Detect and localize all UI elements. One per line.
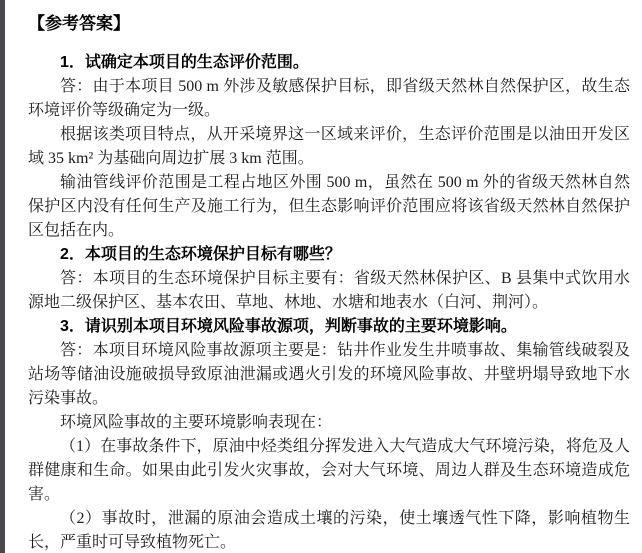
answer-1-paragraph-2: 根据该类项目特点，从开采境界这一区域来评价，生态评价范围是以油田开发区域 35 … [28, 123, 630, 171]
answer-3-paragraph-4: （2）事故时，泄漏的原油会造成土壤的污染，使土壤透气性下降，影响植物生长，严重时… [28, 507, 630, 553]
answer-1-paragraph-1: 答：由于本项目 500 m 外涉及敏感保护目标，即省级天然林自然保护区，故生态环… [28, 75, 630, 123]
question-1: 1．试确定本项目的生态评价范围。 [28, 51, 630, 75]
page-title: 【参考答案】 [28, 12, 630, 36]
answer-3-paragraph-3: （1）在事故条件下，原油中烃类组分挥发进入大气造成大气环境污染，将危及人群健康和… [28, 435, 630, 507]
answer-3-paragraph-1: 答：本项目环境风险事故源项主要是：钻井作业发生井喷事故、集输管线破裂及站场等储油… [28, 339, 630, 411]
question-3: 3．请识别本项目环境风险事故源项，判断事故的主要环境影响。 [28, 315, 630, 339]
question-2: 2．本项目的生态环境保护目标有哪些？ [28, 243, 630, 267]
answer-1-paragraph-3: 输油管线评价范围是工程占地区外围 500 m，虽然在 500 m 外的省级天然林… [28, 171, 630, 243]
answer-2-paragraph-1: 答：本项目的生态环境保护目标主要有：省级天然林保护区、B 县集中式饮用水源地二级… [28, 267, 630, 315]
document-content: 【参考答案】 1．试确定本项目的生态评价范围。 答：由于本项目 500 m 外涉… [28, 12, 630, 553]
page-edge-bar [0, 0, 5, 553]
answer-3-paragraph-2: 环境风险事故的主要环境影响表现在： [28, 411, 630, 435]
